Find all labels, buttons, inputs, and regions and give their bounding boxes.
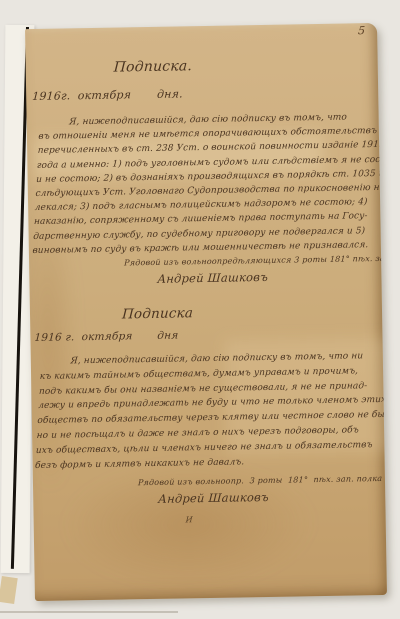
doc1-date-line: 1916г. октября дня. xyxy=(32,87,183,103)
doc1-title: Подписка. xyxy=(113,58,192,75)
doc2-signature-name: Андрей Шашковъ xyxy=(158,490,269,506)
subscription-section-2: Подписка 1916 г. октября дня Я, нижеподп… xyxy=(25,23,377,29)
subscription-section-1: Подписка. 1916г. октября дня. Я, нижепод… xyxy=(25,23,377,29)
bottom-left-page-corner xyxy=(0,576,18,604)
doc1-signature-name: Андрей Шашковъ xyxy=(157,270,268,286)
stray-ink-mark: И xyxy=(185,515,193,524)
doc2-date-line: 1916 г. октября дня xyxy=(34,329,179,344)
doc1-body-paragraph: Я, нижеподписавшійся, даю сію подписку в… xyxy=(32,110,379,258)
doc2-signature-rank: Рядовой изъ вольноопр. 3 роты 181° пѣх. … xyxy=(138,474,383,487)
background-shadow-line xyxy=(0,611,178,613)
page-number: 5 xyxy=(358,24,366,37)
doc2-title: Подписка xyxy=(122,305,194,322)
document-page: 5 Подписка. 1916г. октября дня. Я, нижеп… xyxy=(25,23,387,601)
scan-background: 5 Подписка. 1916г. октября дня. Я, нижеп… xyxy=(0,0,400,619)
doc2-body-paragraph: Я, нижеподписавшійся, даю сію подписку в… xyxy=(35,349,383,473)
